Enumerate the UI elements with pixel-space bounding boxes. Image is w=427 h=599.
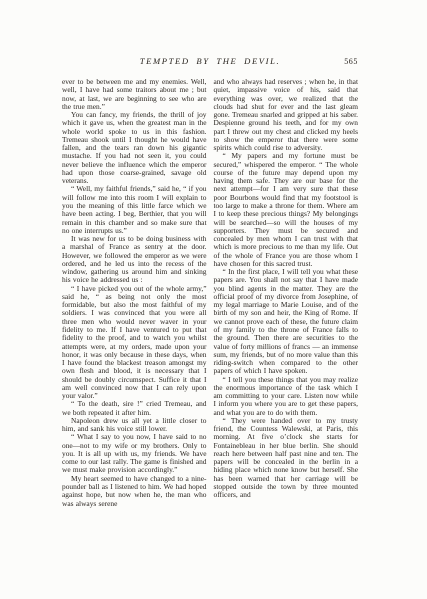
paragraph: “ I tell you these things that you may r… bbox=[214, 376, 359, 417]
paragraph: “ They were handed over to my trusty fri… bbox=[214, 417, 359, 500]
running-header: TEMPTED BY THE DEVIL. 565 bbox=[62, 56, 358, 67]
paragraph: “ In the first place, I will tell you wh… bbox=[214, 268, 359, 375]
book-page: TEMPTED BY THE DEVIL. 565 ever to be bet… bbox=[0, 0, 427, 599]
text-block: TEMPTED BY THE DEVIL. 565 ever to be bet… bbox=[62, 56, 358, 508]
paragraph: and who always had reserves ; when he, i… bbox=[214, 78, 359, 152]
paragraph: My heart seemed to have changed to a nin… bbox=[62, 475, 207, 508]
page-number: 565 bbox=[344, 57, 358, 66]
header-right-cell: 565 bbox=[280, 56, 358, 66]
text-columns: ever to be between me and my enemies. We… bbox=[62, 78, 358, 508]
paragraph: “ What I say to you now, I have said to … bbox=[62, 433, 207, 474]
paragraph: It was new for us to be doing business w… bbox=[62, 235, 207, 285]
text-column-right: and who always had reserves ; when he, i… bbox=[214, 78, 359, 508]
paragraph: Napoleon drew us all yet a little closer… bbox=[62, 417, 207, 434]
paragraph: “ My papers and my fortune must be secur… bbox=[214, 152, 359, 268]
text-column-left: ever to be between me and my enemies. We… bbox=[62, 78, 207, 508]
paragraph: “ Well, my faithful friends,” said he, “… bbox=[62, 185, 207, 235]
paragraph: You can fancy, my friends, the thrill of… bbox=[62, 111, 207, 185]
paragraph: ever to be between me and my enemies. We… bbox=[62, 78, 207, 111]
paragraph: “ To the death, sire !” cried Tremeau, a… bbox=[62, 400, 207, 417]
page-title: TEMPTED BY THE DEVIL. bbox=[140, 56, 280, 66]
paragraph: “ I have picked you out of the whole arm… bbox=[62, 285, 207, 401]
